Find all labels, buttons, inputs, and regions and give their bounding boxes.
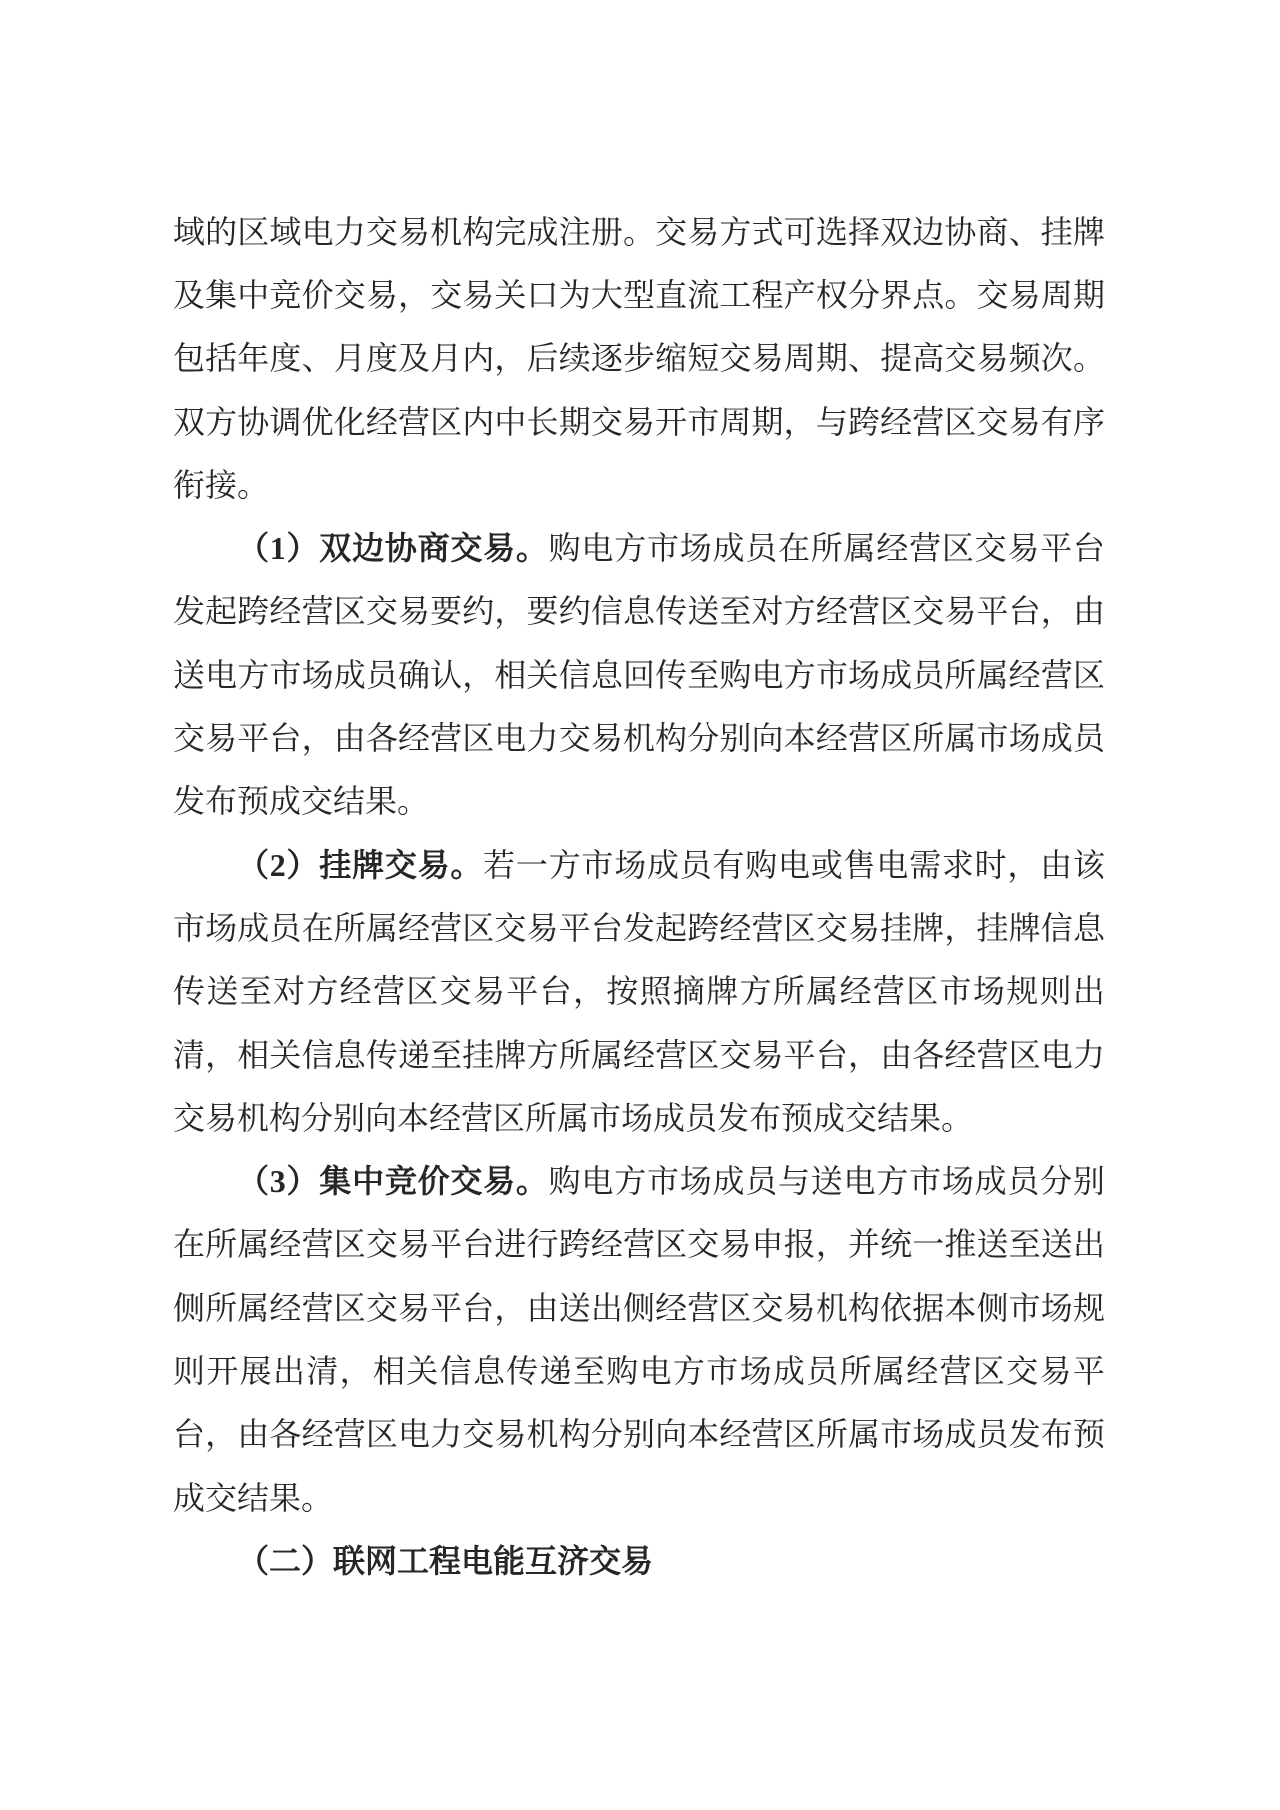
glyph: 易: [944, 595, 976, 627]
glyph: 市: [977, 722, 1009, 754]
glyph: 营: [623, 1228, 655, 1260]
glyph: 缩: [655, 342, 687, 374]
glyph: 及: [173, 279, 205, 311]
glyph: 信: [559, 659, 591, 691]
glyph: 易: [483, 532, 515, 564]
glyph: 认: [430, 659, 462, 691]
glyph: （: [237, 1545, 269, 1577]
glyph: 短: [687, 342, 719, 374]
glyph: 所: [205, 1228, 237, 1260]
glyph: 送: [559, 1292, 591, 1324]
glyph: 发: [623, 912, 655, 944]
glyph: ，: [784, 406, 816, 438]
glyph: 电: [640, 1355, 672, 1387]
glyph: 市: [647, 532, 679, 564]
glyph: 能: [493, 1545, 525, 1577]
text-line-6: （1）双边协商交易。购电方市场成员在所属经营区交易平台: [173, 516, 1105, 579]
glyph: 程: [429, 1545, 461, 1577]
glyph: 协: [944, 216, 976, 248]
glyph: 购: [719, 659, 751, 691]
glyph: 域: [269, 216, 301, 248]
glyph: 所: [334, 912, 366, 944]
glyph: 属: [557, 1102, 589, 1134]
glyph: 属: [237, 1228, 269, 1260]
glyph: 区: [906, 975, 938, 1007]
glyph: 易: [623, 406, 655, 438]
glyph: 方: [205, 406, 237, 438]
glyph: 成: [712, 532, 744, 564]
glyph: 营: [940, 1355, 972, 1387]
glyph: 侧: [977, 1292, 1009, 1324]
glyph: 市: [909, 1165, 941, 1197]
text-line-16: （3）集中竞价交易。购电方市场成员与送电方市场成员分别: [173, 1149, 1105, 1212]
glyph: 价: [418, 1165, 450, 1197]
glyph: 交: [205, 1482, 237, 1514]
glyph: 有: [712, 849, 744, 881]
glyph: 由: [1040, 849, 1072, 881]
glyph: 协: [385, 532, 417, 564]
glyph: 电: [494, 722, 526, 754]
glyph: 括: [205, 342, 237, 374]
glyph: 电: [844, 1165, 876, 1197]
glyph: 方: [740, 975, 772, 1007]
glyph: 经: [269, 595, 301, 627]
glyph: 营: [752, 1418, 784, 1450]
glyph: 送: [173, 659, 205, 691]
glyph: 交: [301, 785, 333, 817]
glyph: 构: [655, 722, 687, 754]
glyph: ，: [398, 279, 430, 311]
text-line-11: （2）挂牌交易。若一方市场成员有购电或售电需求时，由该: [173, 833, 1105, 896]
glyph: 起: [655, 912, 687, 944]
glyph: 向: [365, 1102, 397, 1134]
glyph: 交: [334, 279, 366, 311]
glyph: 发: [717, 1102, 749, 1134]
glyph: 跨: [687, 912, 719, 944]
glyph: 牌: [1009, 912, 1041, 944]
glyph: 经: [398, 912, 430, 944]
glyph: 区: [237, 216, 269, 248]
glyph: 成: [173, 1482, 205, 1514]
glyph: 区: [687, 1039, 719, 1071]
glyph: 交: [366, 216, 398, 248]
glyph: 结: [333, 785, 365, 817]
glyph: 清: [173, 1039, 205, 1071]
glyph: 区: [334, 1228, 366, 1260]
glyph: 属: [806, 975, 838, 1007]
glyph: 营: [848, 595, 880, 627]
glyph: 发: [173, 785, 205, 817]
glyph: 属: [977, 659, 1009, 691]
glyph: 所: [912, 722, 944, 754]
glyph: 交: [977, 406, 1009, 438]
glyph: 向: [655, 1418, 687, 1450]
glyph: 台: [462, 1228, 494, 1260]
glyph: 传: [366, 1039, 398, 1071]
glyph: 传: [173, 975, 205, 1007]
glyph: 3: [270, 1165, 286, 1197]
glyph: 向: [752, 722, 784, 754]
text-line-10: 发布预成交结果。: [173, 770, 1105, 833]
glyph: 易: [752, 342, 784, 374]
glyph: 成: [334, 659, 366, 691]
glyph: 平: [1040, 532, 1072, 564]
glyph: 逐: [591, 342, 623, 374]
glyph: 市: [940, 975, 972, 1007]
glyph: 竞: [269, 279, 301, 311]
glyph: 平: [430, 1292, 462, 1324]
glyph: 电: [778, 849, 810, 881]
glyph: 区: [493, 1102, 525, 1134]
glyph: 交: [366, 595, 398, 627]
glyph: 提: [880, 342, 912, 374]
glyph: 经: [269, 1228, 301, 1260]
glyph: 传: [655, 595, 687, 627]
glyph: 营: [334, 1418, 366, 1450]
glyph: 易: [1009, 279, 1041, 311]
glyph: 跨: [559, 1228, 591, 1260]
glyph: 区: [944, 406, 976, 438]
glyph: 交: [591, 406, 623, 438]
glyph: 至: [240, 975, 272, 1007]
glyph: 别: [719, 722, 751, 754]
glyph: 分: [301, 1102, 333, 1134]
text-line-14: 清，相关信息传递至挂牌方所属经营区交易平台，由各经营区电力: [173, 1023, 1105, 1086]
glyph: 交: [559, 722, 591, 754]
glyph: 台: [269, 722, 301, 754]
glyph: ，: [462, 659, 494, 691]
glyph: 协: [237, 406, 269, 438]
glyph: 所: [840, 1355, 872, 1387]
glyph: 在: [778, 532, 810, 564]
glyph: 营: [909, 532, 941, 564]
glyph: 场: [302, 659, 334, 691]
glyph: 交: [430, 279, 462, 311]
glyph: 本: [944, 1292, 976, 1324]
glyph: 各: [269, 1418, 301, 1450]
glyph: 报: [784, 1228, 816, 1260]
glyph: 息: [334, 1039, 366, 1071]
glyph: 成: [237, 912, 269, 944]
text-line-9: 交易平台，由各经营区电力交易机构分别向本经营区所属市场成员: [173, 706, 1105, 769]
glyph: 期: [1073, 279, 1105, 311]
text-line-19: 则开展出清，相关信息传递至购电方市场成员所属经营区交易平: [173, 1339, 1105, 1402]
glyph: 商: [418, 532, 450, 564]
glyph: 挂: [319, 849, 351, 881]
glyph: 则: [173, 1355, 205, 1387]
glyph: 经: [591, 1228, 623, 1260]
glyph: 回: [623, 659, 655, 691]
glyph: 成: [269, 785, 301, 817]
glyph: 次: [1041, 342, 1073, 374]
glyph: 员: [806, 1355, 838, 1387]
glyph: 由: [237, 1418, 269, 1450]
glyph: 挂: [977, 912, 1009, 944]
glyph: 相: [237, 1039, 269, 1071]
glyph: 经: [366, 406, 398, 438]
glyph: 经: [816, 722, 848, 754]
glyph: 关: [494, 279, 526, 311]
text-line-13: 传送至对方经营区交易平台，按照摘牌方所属经营区市场规则出: [173, 960, 1105, 1023]
glyph: 购: [549, 532, 581, 564]
glyph: 与: [778, 1165, 810, 1197]
glyph: 易: [462, 279, 494, 311]
glyph: 所: [811, 532, 843, 564]
glyph: 成: [527, 216, 559, 248]
glyph: 挂: [1041, 216, 1073, 248]
glyph: 区: [942, 532, 974, 564]
glyph: 平: [977, 595, 1009, 627]
glyph: 交: [366, 1228, 398, 1260]
glyph: 易: [527, 912, 559, 944]
glyph: 在: [173, 1228, 205, 1260]
glyph: 分: [591, 1418, 623, 1450]
glyph: 则: [1040, 975, 1072, 1007]
glyph: 力: [334, 216, 366, 248]
glyph: 送: [687, 595, 719, 627]
glyph: 区: [334, 1292, 366, 1324]
glyph: 台: [173, 1418, 205, 1450]
glyph: 递: [540, 1355, 572, 1387]
glyph: 市: [816, 659, 848, 691]
glyph: 员: [977, 1418, 1009, 1450]
glyph: 对: [752, 595, 784, 627]
glyph: 侧: [173, 1292, 205, 1324]
glyph: 相: [373, 1355, 405, 1387]
glyph: 场: [614, 849, 646, 881]
glyph: 牌: [706, 975, 738, 1007]
glyph: 交: [752, 1292, 784, 1324]
glyph: 由: [334, 722, 366, 754]
glyph: 。: [237, 469, 269, 501]
glyph: ，: [302, 722, 334, 754]
glyph: 场: [621, 1102, 653, 1134]
glyph: 月: [334, 342, 366, 374]
glyph: 场: [1041, 1292, 1073, 1324]
glyph: 属: [873, 1355, 905, 1387]
glyph: 力: [1073, 1039, 1105, 1071]
glyph: 所: [525, 1102, 557, 1134]
glyph: 该: [1073, 849, 1105, 881]
glyph: 册: [591, 216, 623, 248]
glyph: 区: [655, 1228, 687, 1260]
glyph: 步: [623, 342, 655, 374]
glyph: 台: [591, 912, 623, 944]
glyph: 产: [784, 279, 816, 311]
glyph: 营: [461, 1102, 493, 1134]
glyph: 侧: [623, 1292, 655, 1324]
glyph: 域: [173, 216, 205, 248]
glyph: 。: [1073, 342, 1105, 374]
glyph: ，: [573, 975, 605, 1007]
glyph: 送: [1041, 1228, 1073, 1260]
glyph: 工: [397, 1545, 429, 1577]
glyph: 程: [752, 279, 784, 311]
glyph: 至: [573, 1355, 605, 1387]
glyph: 型: [623, 279, 655, 311]
glyph: ，: [494, 595, 526, 627]
glyph: 交: [385, 849, 417, 881]
glyph: 员: [680, 849, 712, 881]
text-line-5: 衔接。: [173, 453, 1105, 516]
glyph: 属: [944, 722, 976, 754]
glyph: 要: [430, 595, 462, 627]
glyph: 市: [687, 406, 719, 438]
glyph: 预: [1073, 1418, 1105, 1450]
glyph: 依: [880, 1292, 912, 1324]
glyph: 果: [269, 1482, 301, 1514]
glyph: 出: [591, 1292, 623, 1324]
glyph: 经: [880, 406, 912, 438]
glyph: 衔: [173, 469, 205, 501]
glyph: 易: [784, 1292, 816, 1324]
glyph: 化: [334, 406, 366, 438]
glyph: 发: [173, 595, 205, 627]
glyph: 度: [366, 342, 398, 374]
glyph: 营: [398, 406, 430, 438]
glyph: 开: [206, 1355, 238, 1387]
glyph: 信: [591, 595, 623, 627]
glyph: 营: [1041, 659, 1073, 691]
glyph: 互: [525, 1545, 557, 1577]
glyph: 机: [623, 722, 655, 754]
text-line-20: 台，由各经营区电力交易机构分别向本经营区所属市场成员发布预: [173, 1403, 1105, 1466]
glyph: 区: [334, 595, 366, 627]
glyph: 交: [450, 1165, 482, 1197]
glyph: 机: [816, 1292, 848, 1324]
glyph: 易: [366, 279, 398, 311]
glyph: 进: [494, 1228, 526, 1260]
glyph: 营: [302, 595, 334, 627]
glyph: 机: [527, 1418, 559, 1450]
glyph: 经: [944, 1039, 976, 1071]
glyph: 续: [559, 342, 591, 374]
glyph: 交: [450, 532, 482, 564]
glyph: ）: [287, 1165, 319, 1197]
glyph: 交: [719, 1039, 751, 1071]
glyph: 易: [483, 1165, 515, 1197]
glyph: 时: [975, 849, 1007, 881]
glyph: 经: [302, 1418, 334, 1450]
glyph: 规: [1073, 1292, 1105, 1324]
glyph: 在: [302, 912, 334, 944]
glyph: 。: [516, 1165, 548, 1197]
glyph: （: [237, 849, 269, 881]
glyph: 易: [205, 722, 237, 754]
glyph: 区: [462, 912, 494, 944]
glyph: ，: [205, 1418, 237, 1450]
glyph: 区: [880, 722, 912, 754]
glyph: 信: [440, 1355, 472, 1387]
glyph: 员: [745, 532, 777, 564]
glyph: 布: [1041, 1418, 1073, 1450]
glyph: ，: [816, 1228, 848, 1260]
glyph: 一: [912, 1228, 944, 1260]
glyph: 方: [673, 1355, 705, 1387]
glyph: 约: [559, 595, 591, 627]
glyph: 若: [483, 849, 515, 881]
glyph: 所: [773, 975, 805, 1007]
glyph: 牌: [494, 1039, 526, 1071]
glyph: 员: [366, 659, 398, 691]
text-line-1: 域的区域电力交易机构完成注册。交易方式可选择双边协商、挂牌: [173, 200, 1105, 263]
glyph: 别: [623, 1418, 655, 1450]
glyph: 所: [944, 659, 976, 691]
text-line-18: 侧所属经营区交易平台，由送出侧经营区交易机构依据本侧市场规: [173, 1276, 1105, 1339]
glyph: 成: [712, 1165, 744, 1197]
glyph: 易: [621, 1545, 653, 1577]
glyph: 场: [973, 975, 1005, 1007]
glyph: 发: [1009, 1418, 1041, 1450]
glyph: 及: [398, 342, 430, 374]
glyph: 长: [527, 406, 559, 438]
glyph: 方: [719, 216, 751, 248]
glyph: ，: [205, 1039, 237, 1071]
glyph: （: [237, 1165, 269, 1197]
glyph: 、: [302, 342, 334, 374]
glyph: 营: [752, 912, 784, 944]
glyph: 经: [719, 1418, 751, 1450]
glyph: 、: [1009, 216, 1041, 248]
glyph: 周: [719, 406, 751, 438]
glyph: 需: [909, 849, 941, 881]
glyph: 属: [366, 912, 398, 944]
glyph: 方: [237, 659, 269, 691]
glyph: 易: [494, 1418, 526, 1450]
glyph: 内: [462, 342, 494, 374]
glyph: 营: [430, 722, 462, 754]
glyph: 市: [880, 1418, 912, 1450]
glyph: 点: [912, 279, 944, 311]
glyph: ，: [1041, 595, 1073, 627]
glyph: 电: [752, 659, 784, 691]
glyph: 台: [462, 1292, 494, 1324]
glyph: 场: [848, 659, 880, 691]
glyph: 电: [302, 216, 334, 248]
glyph: 区: [1009, 1039, 1041, 1071]
glyph: 区: [880, 595, 912, 627]
glyph: 一: [516, 849, 548, 881]
glyph: 期: [816, 342, 848, 374]
glyph: 交: [173, 1102, 205, 1134]
glyph: 。: [941, 1102, 973, 1134]
glyph: 员: [269, 912, 301, 944]
glyph: 经: [340, 975, 372, 1007]
glyph: 易: [398, 595, 430, 627]
glyph: 方: [784, 659, 816, 691]
glyph: 力: [527, 722, 559, 754]
glyph: 经: [906, 1355, 938, 1387]
glyph: 区: [719, 1292, 751, 1324]
glyph: 牌: [1073, 216, 1105, 248]
glyph: 度: [269, 342, 301, 374]
glyph: 营: [977, 1039, 1009, 1071]
glyph: 平: [784, 1039, 816, 1071]
glyph: 调: [269, 406, 301, 438]
glyph: 本: [784, 722, 816, 754]
glyph: 经: [429, 1102, 461, 1134]
glyph: 并: [848, 1228, 880, 1260]
glyph: 接: [205, 469, 237, 501]
glyph: 相: [494, 659, 526, 691]
glyph: 息: [473, 1355, 505, 1387]
glyph: 结: [877, 1102, 909, 1134]
glyph: 递: [398, 1039, 430, 1071]
glyph: ）: [301, 1545, 333, 1577]
glyph: 易: [205, 1102, 237, 1134]
glyph: 市: [173, 912, 205, 944]
glyph: 易: [1009, 406, 1041, 438]
